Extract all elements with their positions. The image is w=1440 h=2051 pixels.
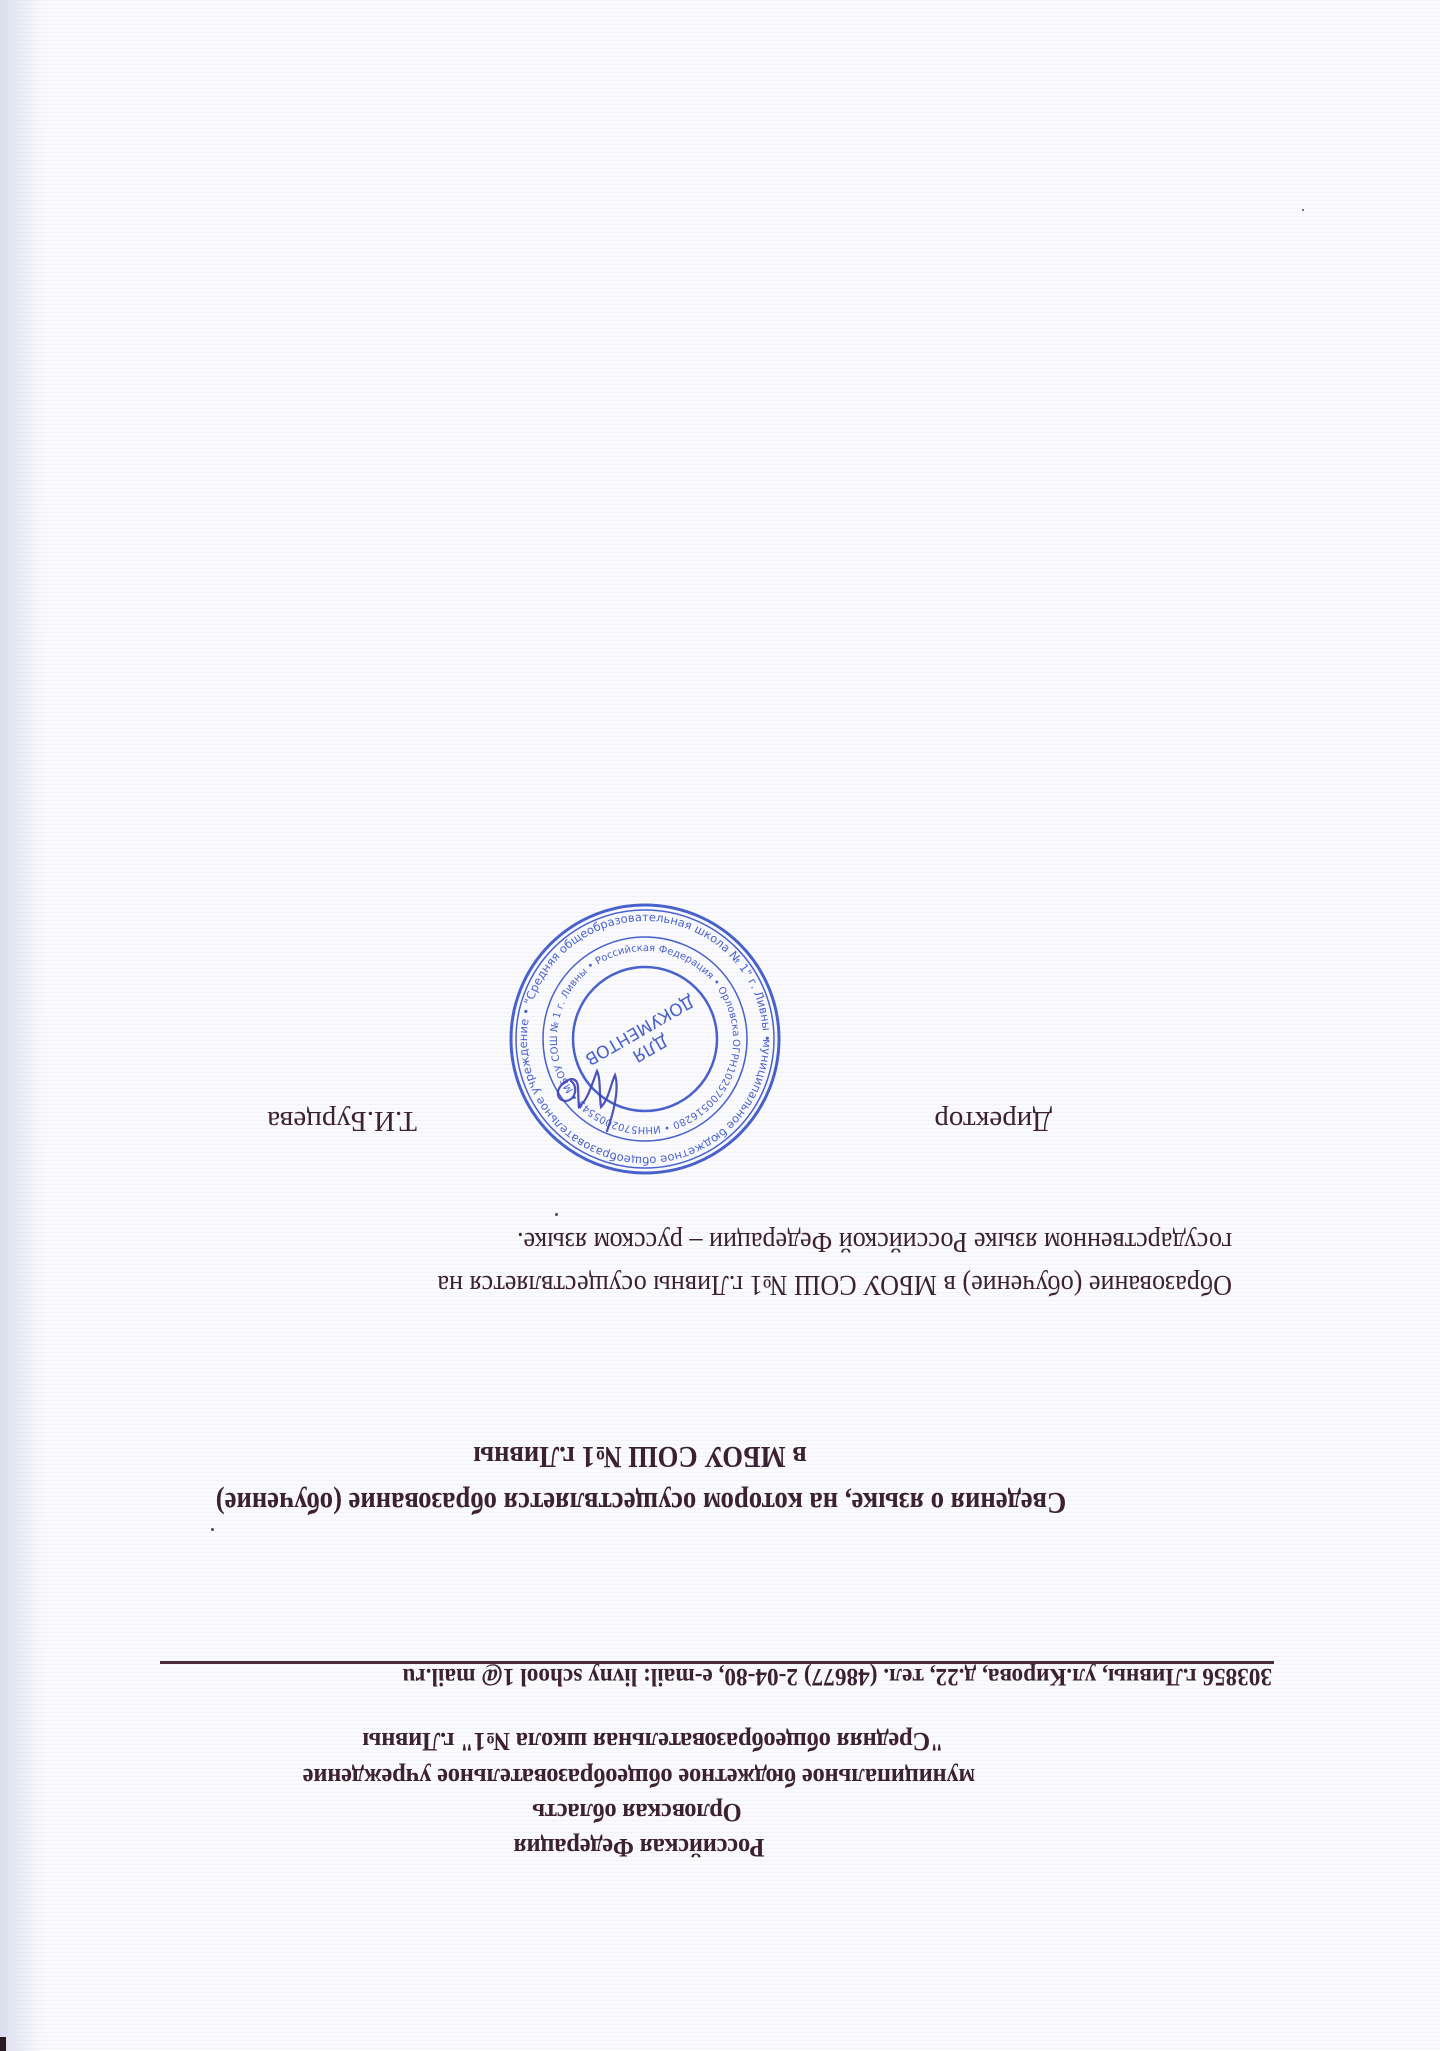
header-divider	[160, 1661, 1274, 1664]
body-paragraph-line2: государственном языке Российской Федерац…	[517, 1227, 1232, 1256]
signature-position: Директор	[934, 1106, 1052, 1135]
document-title-line2: в МБОУ СОШ №1 г.Ливны	[473, 1442, 806, 1473]
header-institution-line2: "Средняя общеобразовательная школа №1" г…	[363, 1728, 944, 1754]
document-title-line1: Сведения о языке, на котором осуществляе…	[216, 1488, 1066, 1519]
header-institution-line1: муниципальное бюджетное общеобразователь…	[303, 1764, 975, 1790]
scanned-document-page: Российская Федерация Орловская область м…	[0, 0, 1440, 2051]
header-country: Российская Федерация	[514, 1834, 765, 1860]
scan-speck	[1302, 209, 1304, 211]
header-region: Орловская область	[532, 1799, 741, 1825]
scan-speck	[555, 1213, 558, 1216]
official-stamp: муниципальное бюджетное общеобразователь…	[505, 899, 785, 1179]
signature-name: Т.И.Бурцева	[267, 1106, 417, 1135]
scan-corner-mark	[0, 2037, 6, 2051]
body-paragraph-line1: Образование (обучение) в МБОУ СОШ №1 г.Л…	[437, 1270, 1232, 1299]
scan-speck	[211, 1528, 214, 1531]
header-address: 303856 г.Ливны, ул.Кирова, д.22, тел. (4…	[402, 1664, 1272, 1689]
